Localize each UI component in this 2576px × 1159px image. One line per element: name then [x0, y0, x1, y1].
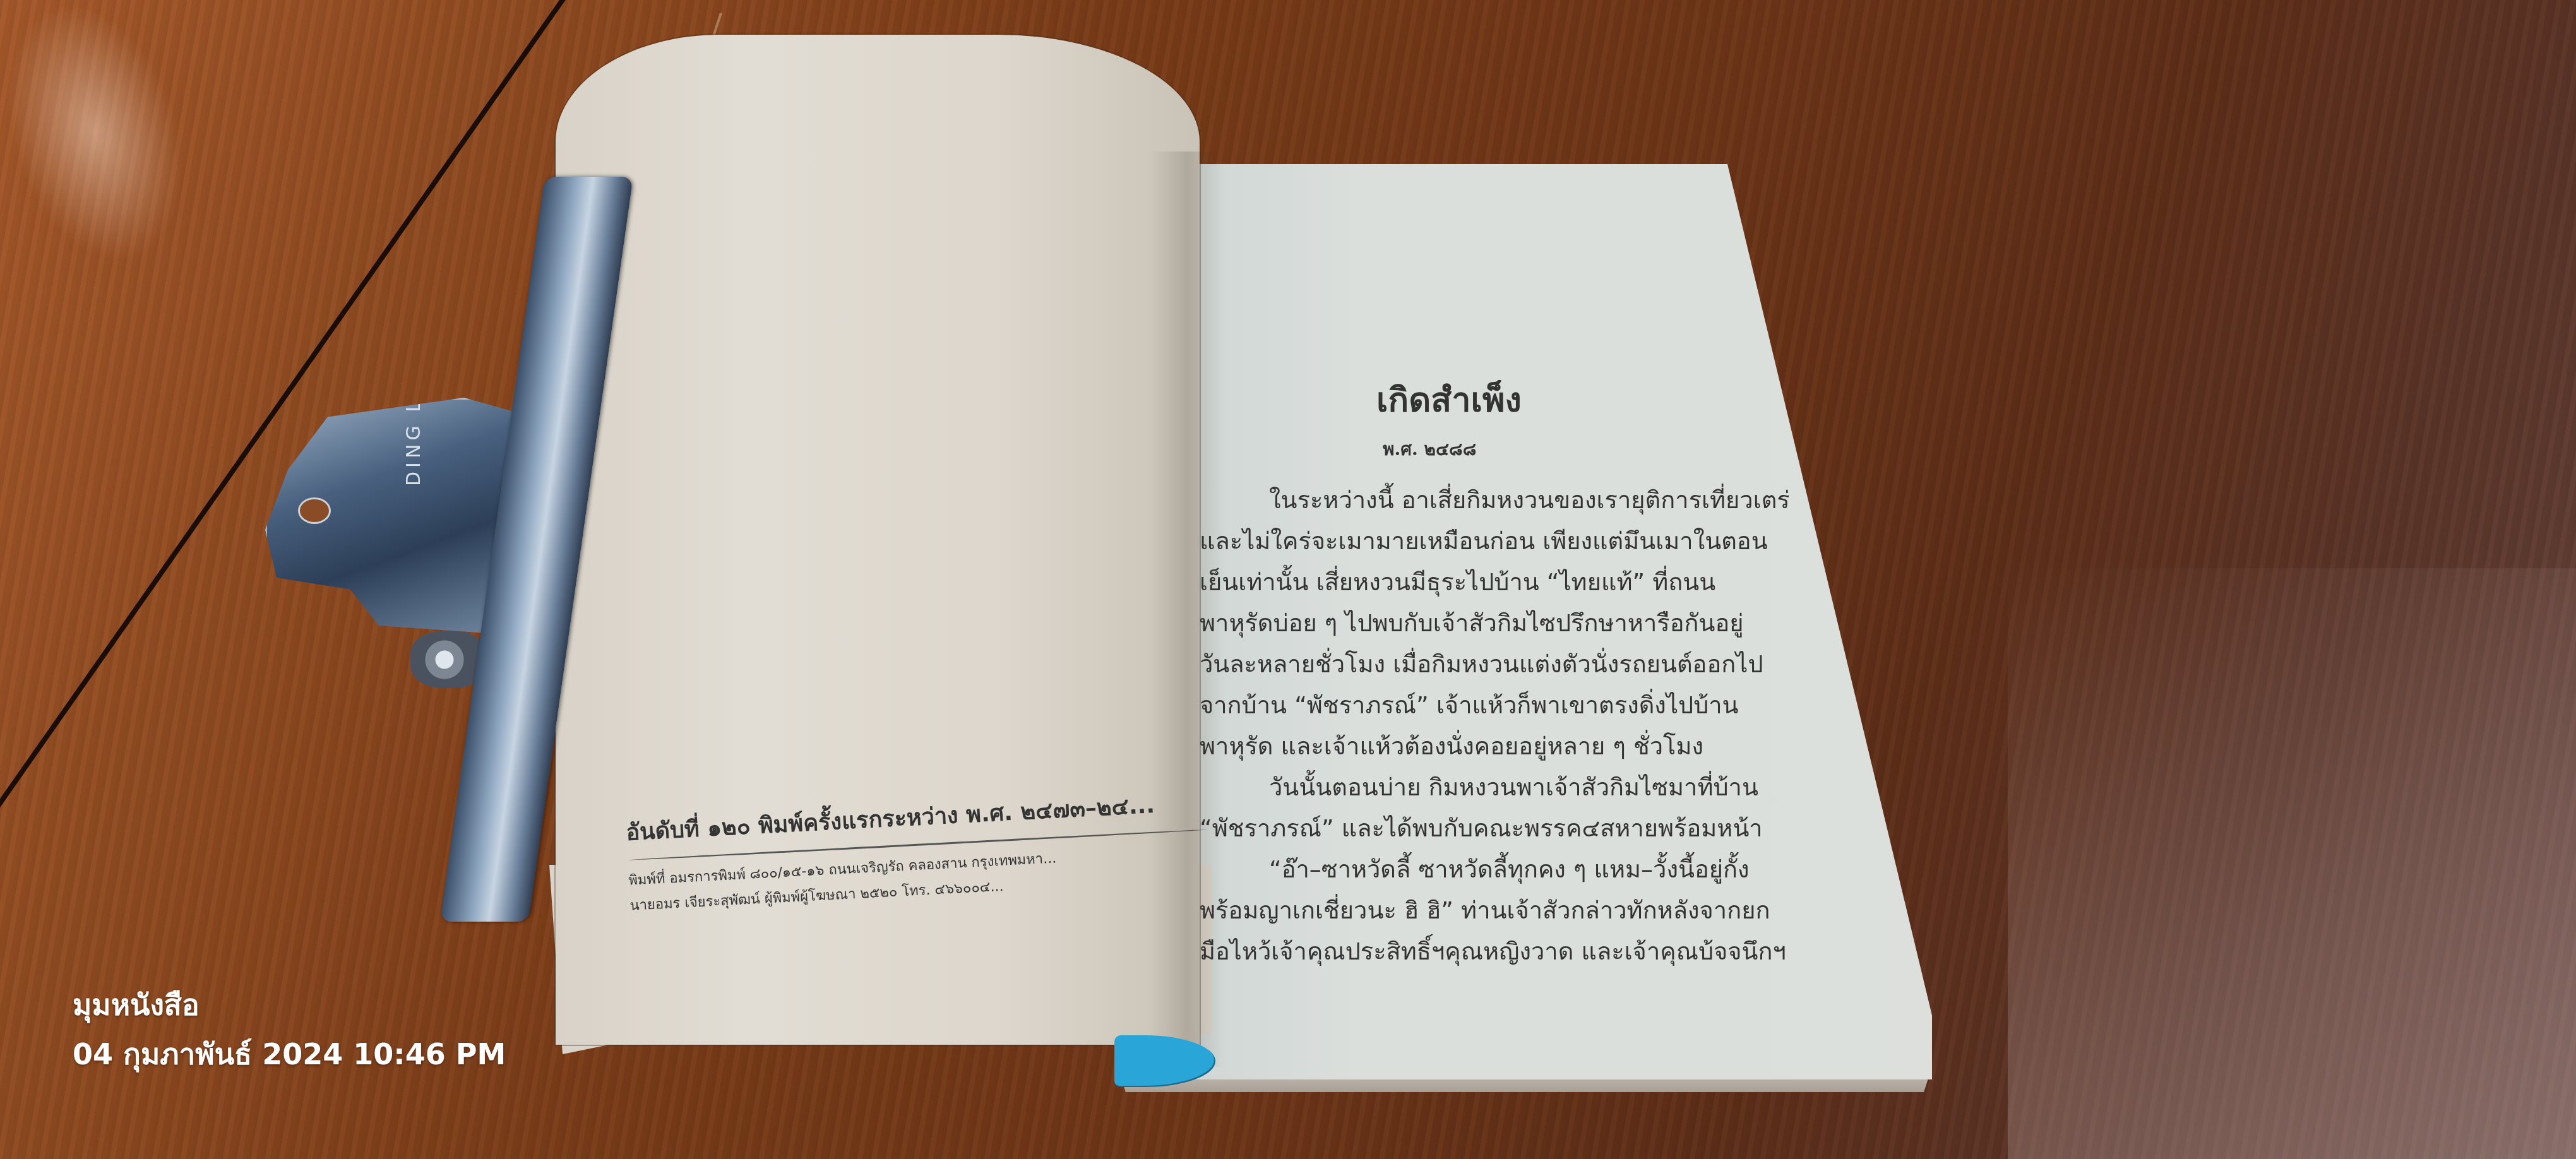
body-line: “พัชราภรณ์” และได้พบกับคณะพรรค๔สหายพร้อม… — [1200, 808, 1894, 849]
body-line: พร้อมญาเกเชี่ยวนะ ฮิ ฮิ” ท่านเจ้าสัวกล่า… — [1200, 890, 1894, 931]
chapter-body: ในระหว่างนี้ อาเสี่ยกิมหงวนของเรายุติการ… — [1200, 480, 1894, 972]
clip-engraving: DING LI 鼎力 — [398, 333, 426, 486]
binder-clip: DING LI 鼎力 — [253, 170, 732, 928]
caption-title: มุมหนังสือ — [73, 985, 506, 1025]
photo-caption-overlay: มุมหนังสือ 04 กุมภาพันธ์ 2024 10:46 PM — [73, 985, 506, 1074]
body-line: พาหุรัดบ่อย ๆ ไปพบกับเจ้าสัวกิมไซปรึกษาห… — [1200, 603, 1894, 644]
body-line: พาหุรัด และเจ้าแห้วต้องนั่งคอยอยู่หลาย ๆ… — [1200, 726, 1894, 767]
body-line: มือไหว้เจ้าคุณประสิทธิ์ฯคุณหญิงวาด และเจ… — [1200, 931, 1894, 972]
body-line: ในระหว่างนี้ อาเสี่ยกิมหงวนของเรายุติการ… — [1200, 480, 1894, 521]
body-line: วันละหลายชั่วโมง เมื่อกิมหงวนแต่งตัวนั่ง… — [1200, 644, 1894, 685]
photo-scene: เกิดสำเพ็ง พ.ศ. ๒๔๘๘ ในระหว่างนี้ อาเสี่… — [0, 0, 2576, 1159]
clip-brand-chinese: 鼎力 — [403, 333, 425, 379]
chapter-year: พ.ศ. ๒๔๘๘ — [1383, 436, 1476, 463]
body-line: เย็นเท่านั้น เสี่ยหงวนมีธุระไปบ้าน “ไทยแ… — [1200, 562, 1894, 603]
caption-timestamp: 04 กุมภาพันธ์ 2024 10:46 PM — [73, 1034, 506, 1074]
body-line: และไม่ใคร่จะเมามายเหมือนก่อน เพียงแต่มึน… — [1200, 521, 1894, 562]
chapter-title: เกิดสำเพ็ง — [1376, 372, 1522, 427]
body-line: วันนั้นตอนบ่าย กิมหงวนพาเจ้าสัวกิมไซมาที… — [1200, 767, 1894, 808]
body-line: “อ๊า–ซาหวัดลี้ ซาหวัดลี้ทุกคง ๆ แหม–วั้ง… — [1200, 849, 1894, 890]
clip-hole — [298, 497, 331, 524]
body-line: จากบ้าน “พัชราภรณ์” เจ้าแห้วก็พาเขาตรงดิ… — [1200, 685, 1894, 726]
clip-brand-latin: DING LI — [403, 388, 425, 486]
